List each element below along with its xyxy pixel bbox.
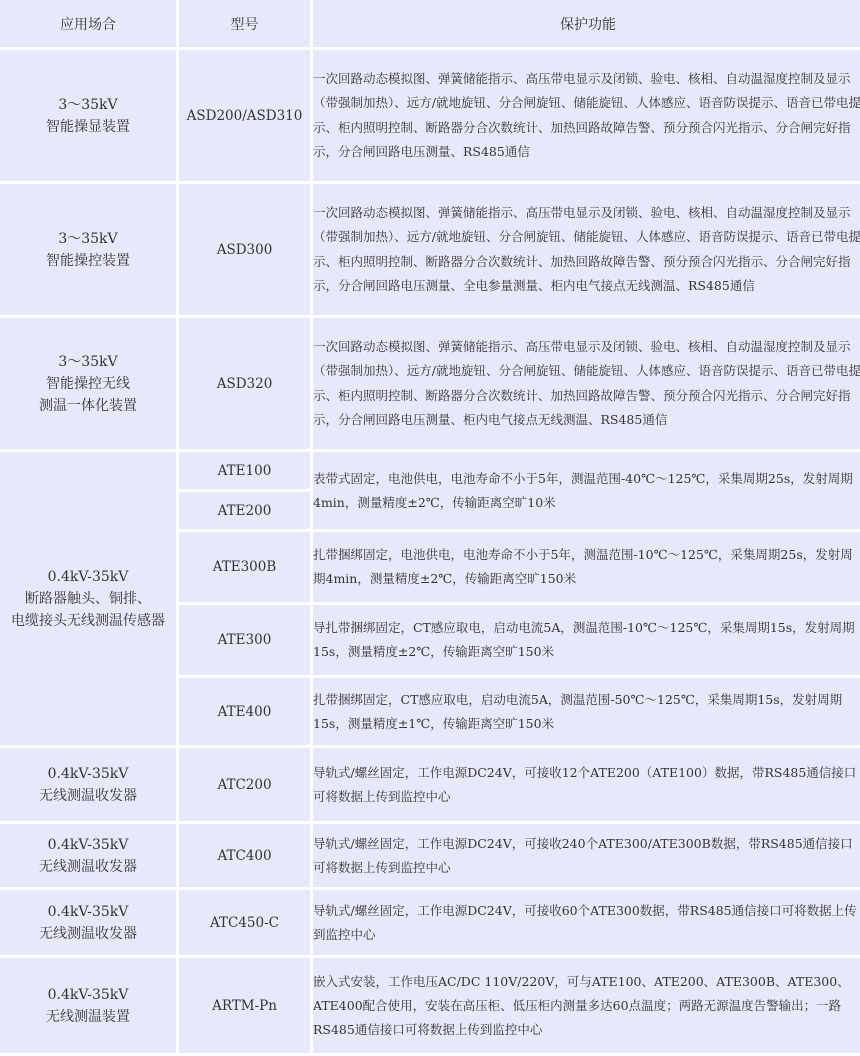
application-line: 电缆接头无线测温传感器 [0,610,176,632]
model-cell: ATC450-C [179,890,310,955]
description-cell: 导轨式/螺丝固定，工作电源DC24V，可接收240个ATE300/ATE300B… [313,824,860,887]
application-line: 0.4kV-35kV [0,834,176,856]
table-row: 0.4kV-35kV 断路器触头、铜排、 电缆接头无线测温传感器 ATE100 … [0,452,860,489]
application-cell: 3～35kV 智能操控无线 测温一体化装置 [0,318,176,449]
application-line: 0.4kV-35kV [0,566,176,588]
application-cell: 0.4kV-35kV 无线测温收发器 [0,824,176,887]
application-line: 无线测温装置 [0,1006,176,1028]
application-line: 智能操控装置 [0,250,176,272]
application-cell: 3～35kV 智能操控装置 [0,184,176,315]
model-cell: ASD300 [179,184,310,315]
application-cell: 0.4kV-35kV 无线测温装置 [0,958,176,1053]
model-cell: ASD320 [179,318,310,449]
application-line: 断路器触头、铜排、 [0,588,176,610]
application-line: 3～35kV [0,94,176,116]
description-cell: 一次回路动态模拟图、弹簧储能指示、高压带电显示及闭锁、验电、核相、自动温湿度控制… [313,184,860,315]
table-row: 0.4kV-35kV 无线测温收发器 ATC200 导轨式/螺丝固定，工作电源D… [0,748,860,821]
model-cell: ATC400 [179,824,310,887]
header-row: 应用场合 型号 保护功能 [0,0,860,47]
application-line: 智能操控无线 [0,373,176,395]
model-cell: ATE100 [179,452,310,489]
application-line: 0.4kV-35kV [0,901,176,923]
table-row: 3～35kV 智能操显装置 ASD200/ASD310 一次回路动态模拟图、弹簧… [0,50,860,181]
application-line: 3～35kV [0,228,176,250]
application-line: 无线测温收发器 [0,856,176,878]
model-cell: ARTM-Pn [179,958,310,1053]
description-cell: 导轨式/螺丝固定，工作电源DC24V，可接收60个ATE300数据，带RS485… [313,890,860,955]
header-application: 应用场合 [0,0,176,47]
application-cell: 3～35kV 智能操显装置 [0,50,176,181]
application-line: 3～35kV [0,351,176,373]
description-cell: 一次回路动态模拟图、弹簧储能指示、高压带电显示及闭锁、验电、核相、自动温湿度控制… [313,50,860,181]
model-cell: ATE300 [179,605,310,675]
application-line: 无线测温收发器 [0,923,176,945]
model-cell: ATE200 [179,492,310,529]
description-cell: 扎带捆绑固定，CT感应取电，启动电流5A，测温范围-50℃～125℃，采集周期1… [313,678,860,745]
table-row: 0.4kV-35kV 无线测温收发器 ATC400 导轨式/螺丝固定，工作电源D… [0,824,860,887]
header-protection-function: 保护功能 [313,0,860,47]
description-cell: 嵌入式安装，工作电压AC/DC 110V/220V，可与ATE100、ATE20… [313,958,860,1053]
header-model: 型号 [179,0,310,47]
model-cell: ASD200/ASD310 [179,50,310,181]
table-row: 3～35kV 智能操控装置 ASD300 一次回路动态模拟图、弹簧储能指示、高压… [0,184,860,315]
application-cell: 0.4kV-35kV 无线测温收发器 [0,748,176,821]
model-cell: ATE300B [179,532,310,602]
description-cell: 一次回路动态模拟图、弹簧储能指示、高压带电显示及闭锁、验电、核相、自动温湿度控制… [313,318,860,449]
table-row: 0.4kV-35kV 无线测温收发器 ATC450-C 导轨式/螺丝固定，工作电… [0,890,860,955]
application-line: 无线测温收发器 [0,785,176,807]
application-line: 测温一体化装置 [0,395,176,417]
description-cell: 导扎带捆绑固定，CT感应取电，启动电流5A，测温范围-10℃～125℃，采集周期… [313,605,860,675]
description-cell: 扎带捆绑固定，电池供电，电池寿命不小于5年，测温范围-10℃～125℃，采集周期… [313,532,860,602]
table-row: 0.4kV-35kV 无线测温装置 ARTM-Pn 嵌入式安装，工作电压AC/D… [0,958,860,1053]
application-line: 智能操显装置 [0,116,176,138]
product-spec-table: 应用场合 型号 保护功能 3～35kV 智能操显装置 ASD200/ASD310… [0,0,860,1056]
model-cell: ATE400 [179,678,310,745]
description-cell: 导轨式/螺丝固定，工作电源DC24V，可接收12个ATE200（ATE100）数… [313,748,860,821]
application-cell: 0.4kV-35kV 无线测温收发器 [0,890,176,955]
application-cell: 0.4kV-35kV 断路器触头、铜排、 电缆接头无线测温传感器 [0,452,176,745]
application-line: 0.4kV-35kV [0,984,176,1006]
description-cell: 表带式固定，电池供电，电池寿命不小于5年，测温范围-40℃～125℃，采集周期2… [313,452,860,529]
application-line: 0.4kV-35kV [0,763,176,785]
table-row: 3～35kV 智能操控无线 测温一体化装置 ASD320 一次回路动态模拟图、弹… [0,318,860,449]
model-cell: ATC200 [179,748,310,821]
